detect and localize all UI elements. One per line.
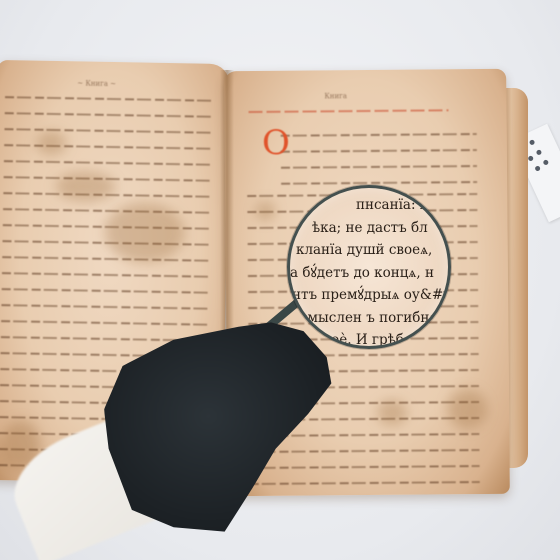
magnified-line: кланїа душй своеѧ, <box>287 239 451 262</box>
page-stain <box>377 400 407 426</box>
right-page-header: Книга <box>324 92 347 100</box>
photo-scene: ~ Книга ~ Книга О <box>0 0 560 560</box>
magnified-line: смыслен ъ погибнетъ <box>287 307 451 330</box>
magnified-text: пнсанїа: пр ѣка; не дастъ бл кланїа душй… <box>287 194 451 349</box>
red-drop-cap: О <box>262 126 290 160</box>
page-stain <box>447 389 487 429</box>
magnified-line: нтъ премꙋ́дрыѧ оу&#x0301;мн <box>287 284 451 307</box>
left-page-header: ~ Книга ~ <box>77 79 116 88</box>
red-rubric-line <box>248 109 448 113</box>
magnifying-glass-lens: пнсанїа: пр ѣка; не дастъ бл кланїа душй… <box>287 185 451 349</box>
page-stain <box>255 201 275 221</box>
magnified-line: пнсанїа: пр <box>287 194 451 217</box>
magnified-line: ѣка; не дастъ бл <box>287 217 451 240</box>
magnified-line: а бꙋ́детъ до концѧ, н <box>287 262 451 285</box>
